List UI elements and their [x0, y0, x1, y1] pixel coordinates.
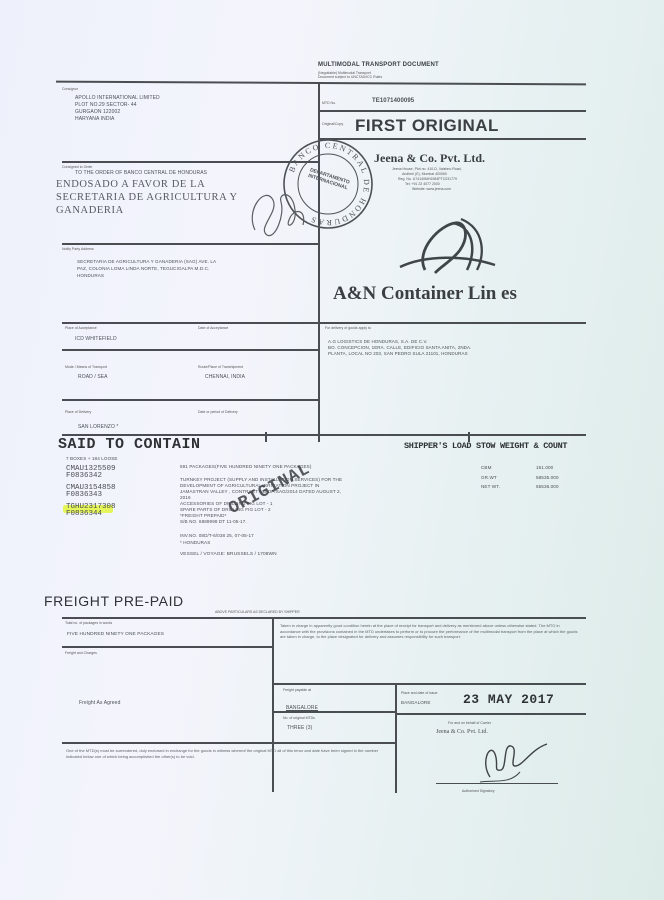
- carrier-address-1: Jeena House, Plot no. 410-D, Vaishno Roa…: [392, 167, 462, 171]
- for-carrier-label: For and on behalf of Carrier: [448, 721, 491, 725]
- one-of-mtd-terms: One of the MTD(s) must be surrendered, d…: [66, 748, 388, 759]
- shippers-load-stamp: SHIPPER'S LOAD STOW WEIGHT & COUNT: [404, 441, 567, 451]
- issue-place: BANGALORE: [401, 699, 431, 706]
- description-line-7: *FREIGHT PREPAID*: [180, 513, 226, 519]
- carrier-address-4: Tel: +91 22 4077 2000: [405, 182, 440, 186]
- mode: ROAD / SEA: [78, 374, 108, 381]
- particulars-note: ABOVE PARTICULARS AS DECLARED BY SHIPPER: [215, 610, 300, 614]
- cargo-col-mark-1: [265, 432, 267, 442]
- mode-label: Mode / Means of Transport: [65, 365, 107, 369]
- notify-line-3: HONDURAS: [77, 272, 104, 279]
- measure-value-cbm: 151.000: [536, 464, 553, 471]
- shipper-line-1: APOLLO INTERNATIONAL LIMITED: [75, 95, 160, 102]
- shipper-label: Consignor: [62, 87, 78, 91]
- port-of-transhipment: CHENNAI, INDIA: [205, 374, 245, 381]
- carrier-signature: [475, 732, 555, 787]
- no-of-originals: THREE (3): [287, 725, 312, 732]
- endorsement-line-3: GANADERIA: [56, 205, 124, 216]
- carrier-address-5: Website: www.jeena.com: [412, 187, 451, 191]
- issue-date-divider: [396, 713, 586, 715]
- consignee-signature: [245, 180, 325, 240]
- place-of-acceptance-label: Place of Acceptance: [65, 326, 97, 330]
- freight-vdivider: [272, 617, 274, 792]
- endorsement-line-2: SECRETARIA DE AGRICULTURA Y: [56, 192, 238, 203]
- carrier-address-3: Reg. No. U74140MH1984PTC031779: [398, 177, 457, 181]
- mtd-no-label: MTD No.: [322, 101, 336, 105]
- description-line-4: 2016: [180, 495, 191, 501]
- place-of-acceptance: ICD WHITEFIELD: [75, 336, 117, 343]
- seal-1: F0836342: [66, 473, 102, 480]
- measure-value-grwt: 58535.000: [536, 474, 559, 481]
- said-to-contain-stamp: SAID TO CONTAIN: [58, 436, 201, 453]
- cargo-col-mark-2: [318, 432, 320, 442]
- delivery-agent-label: For delivery of goods apply to: [325, 326, 371, 330]
- carrier-divider: [320, 322, 586, 324]
- signature-label: Authorised Signatory: [462, 789, 495, 793]
- description-line-6: SPARE PARTS OF DRILLING FIG LOT - 2: [180, 507, 271, 513]
- consignee-line: TO THE ORDER OF BANCO CENTRAL DE HONDURA…: [75, 170, 207, 177]
- no-of-originals-label: No. of original MTDs: [283, 716, 315, 720]
- freight-prepaid-stamp: FREIGHT PRE-PAID: [44, 593, 184, 609]
- shipper-line-3: GURGAON 122002: [75, 109, 120, 116]
- consignee-label: Consigned to Order: [62, 165, 93, 169]
- delivery-agent-line-3: PLANTA, LOCAL NO 203, SAN PEDRO SULA 211…: [328, 350, 468, 357]
- description-line-1: TURNKEY PROJECT (SUPPLY AND INSTALLATION…: [180, 477, 342, 483]
- routing-top-divider: [62, 322, 318, 324]
- date-of-delivery-label: Date or period of Delivery: [198, 410, 238, 414]
- port-of-transhipment-label: Route/Place of Transhipment: [198, 365, 243, 369]
- notify-label: Notify Party Address: [62, 247, 94, 251]
- notify-line-1: SECRETARIA DE AGRICULTURA Y GANADERIA (S…: [77, 258, 216, 265]
- shipper-line-4: HARYANA INDIA: [75, 116, 114, 123]
- freight-payable-label: Freight payable at: [283, 688, 311, 692]
- carrier-address-2: Andheri (E), Mumbai 400069: [402, 172, 447, 176]
- consignee-divider: [62, 243, 318, 245]
- shipper-divider: [62, 161, 318, 163]
- routing-divider-2: [62, 399, 318, 401]
- issue-top-divider: [272, 683, 586, 685]
- terms-divider: [62, 742, 395, 744]
- issue-date-stamp: 23 MAY 2017: [463, 692, 554, 707]
- container-summary: 7 BOXES + 184 LOOSE: [66, 455, 118, 462]
- taken-in-charge-terms: Taken in charge in apparently good condi…: [280, 623, 580, 640]
- first-original-stamp: FIRST ORIGINAL: [355, 116, 499, 136]
- seal-3: F0836344: [66, 511, 102, 518]
- seal-2: F0836343: [66, 492, 102, 499]
- destination-note: * HONDURAS: [180, 539, 210, 546]
- mtd-no: TE1071400095: [372, 98, 414, 105]
- measure-label-cbm: CBM: [481, 464, 492, 471]
- measure-label-grwt: GR.WT: [481, 474, 497, 481]
- container-lines-name: A&N Container Lin es: [333, 283, 517, 305]
- place-date-label: Place and date of issue: [401, 691, 437, 695]
- top-divider: [56, 81, 586, 86]
- vessel-line: VESSEL / VOYAGE: BRUSSELS / 1708WN: [180, 551, 277, 558]
- measure-value-netwt: 55536.000: [536, 483, 559, 490]
- total-packages-divider: [62, 646, 272, 648]
- place-of-delivery-label: Place of Delivery: [65, 410, 91, 414]
- freight-top-divider: [62, 617, 586, 619]
- an-container-lines-logo: [395, 215, 505, 280]
- original-label: Original/Copy: [322, 122, 343, 126]
- freight-payable-divider: [272, 711, 395, 713]
- signature-line: [436, 783, 558, 784]
- issue-vdivider: [395, 683, 397, 793]
- invoice-line: INV.NO. 08D/T-6/038 25, 07-05-17: [180, 532, 254, 539]
- shipper-line-2: PLOT NO.29 SECTOR- 44: [75, 102, 137, 109]
- carrier-name: Jeena & Co. Pvt. Ltd.: [374, 151, 485, 166]
- total-packages-label: Total no. of packages in words: [65, 621, 112, 625]
- place-of-delivery: SAN LORENZO *: [78, 424, 118, 431]
- mtd-divider: [320, 110, 586, 112]
- notify-line-2: PAZ, COLONIA LOMA LINDA NORTE, TEGUCIGAL…: [77, 265, 209, 272]
- total-packages: FIVE HUNDRED NINETY ONE PACKAGES: [67, 631, 164, 638]
- document-title: MULTIMODAL TRANSPORT DOCUMENT: [318, 62, 439, 68]
- freight-charges-label: Freight and Charges: [65, 651, 97, 655]
- freight-as-agreed: Freight As Agreed: [79, 700, 120, 707]
- document-subtitle-2: Document subject to UNCTAD/ICC Rules: [318, 75, 382, 79]
- routing-divider-1: [62, 349, 318, 351]
- center-divider: [318, 84, 320, 434]
- description-line-8: S/B NO. 6888998 DT 11-05-17.: [180, 519, 247, 525]
- endorsement-line-1: ENDOSADO A FAVOR DE LA: [56, 179, 205, 190]
- measure-label-netwt: NET WT.: [481, 483, 500, 490]
- date-of-acceptance-label: Date of Acceptance: [198, 326, 228, 330]
